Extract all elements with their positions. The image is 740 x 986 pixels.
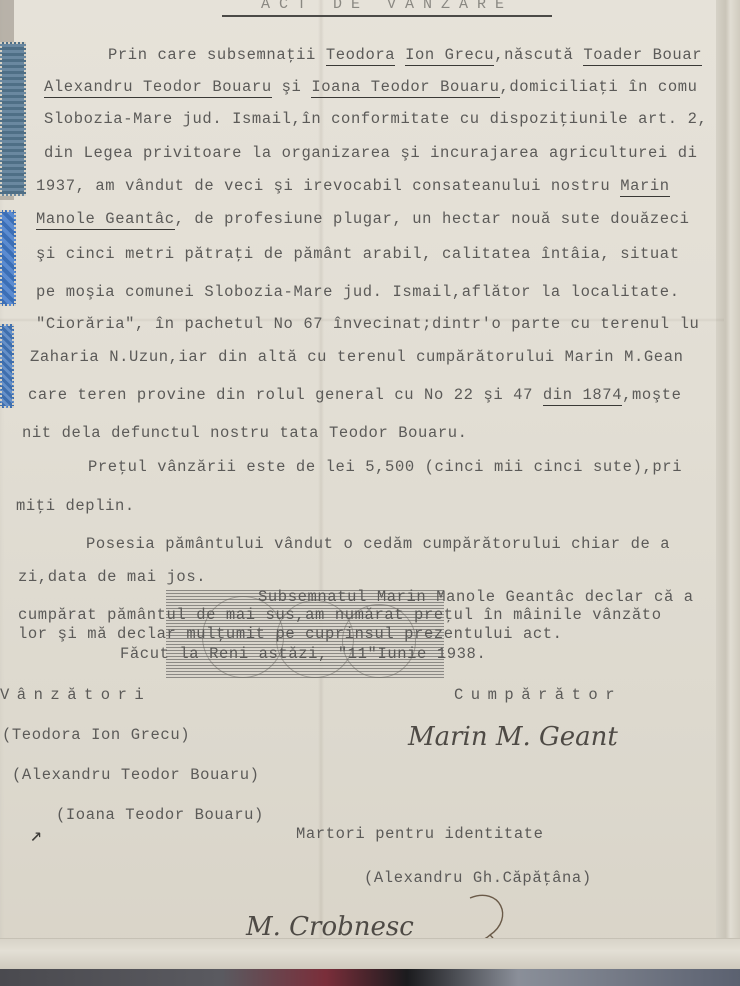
seller-name-1b: Ion Grecu (405, 46, 494, 66)
text: Prin care subsemnaţii (108, 46, 326, 64)
text-line-10: Zaharia N.Uzun,iar din altă cu terenul c… (30, 348, 684, 366)
text: şi (272, 78, 312, 96)
revenue-stamp-3 (0, 324, 14, 408)
text: ,domiciliaţi în comu (500, 78, 698, 96)
text: 1937, am vândut de veci şi irevocabil co… (36, 177, 620, 195)
text-line-7: şi cinci metri pătraţi de pământ arabil,… (36, 245, 680, 263)
seller-signature-3: (Ioana Teodor Bouaru) (56, 806, 264, 824)
text: care teren provine din rolul general cu … (28, 386, 543, 404)
text-line-3: Slobozia-Mare jud. Ismail,în conformitat… (44, 110, 707, 128)
text-line-2: Alexandru Teodor Bouaru şi Ioana Teodor … (44, 78, 698, 96)
buyer-name: Manole Geantâc (36, 210, 175, 230)
text-line-17: Subsemnatul Marin Manole Geantâc declar … (258, 588, 694, 606)
text-line-13: Preţul vânzării este de lei 5,500 (cinci… (88, 458, 682, 476)
sellers-heading: Vânzători (0, 686, 151, 704)
text-line-11: care teren provine din rolul general cu … (28, 386, 682, 404)
witness-name: (Alexandru Gh.Căpăţâna) (364, 869, 592, 887)
text-line-14: miţi deplin. (16, 497, 135, 515)
paper-edge (716, 0, 740, 968)
revenue-stamp-1 (0, 42, 26, 196)
seller-name-3: Ioana Teodor Bouaru (311, 78, 499, 98)
seller-signature-2: (Alexandru Teodor Bouaru) (12, 766, 260, 784)
born-name: Toader Bouar (583, 46, 702, 66)
background-surface (0, 968, 740, 986)
buyer-first-name: Marin (620, 177, 670, 197)
text-line-1: Prin care subsemnaţii Teodora Ion Grecu,… (108, 46, 702, 64)
text: ,născută (494, 46, 583, 64)
cross-mark-icon: ↗ (30, 822, 42, 848)
text: , de profesiune plugar, un hectar nouă s… (175, 210, 690, 228)
text-line-4: din Legea privitoare la organizarea şi i… (44, 144, 698, 162)
text-line-19: lor şi mă declar mulţumit pe cuprinsul p… (18, 625, 563, 643)
seller-name-2: Alexandru Teodor Bouaru (44, 78, 272, 98)
text-line-5: 1937, am vândut de veci şi irevocabil co… (36, 177, 670, 195)
seller-signature-1: (Teodora Ion Grecu) (2, 726, 190, 744)
buyer-handwritten-signature: Marin M. Geant (408, 722, 618, 752)
paper-bottom-edge (0, 938, 740, 969)
text-line-18: cumpărat pământul de mai sus,am numărat … (18, 606, 662, 624)
text-line-16: zi,data de mai jos. (18, 568, 206, 586)
text-line-12: nit dela defunctul nostru tata Teodor Bo… (22, 424, 468, 442)
buyer-heading: Cumpărător (454, 686, 622, 704)
text-line-20: Făcut la Reni astăzi, "11"Iunie 1938. (120, 645, 486, 663)
text-line-6: Manole Geantâc, de profesiune plugar, un… (36, 210, 690, 228)
year-underline: din 1874 (543, 386, 622, 406)
witness-heading: Martori pentru identitate (296, 825, 544, 843)
text-line-9: "Ciorăria", în pachetul No 67 învecinat;… (36, 315, 699, 333)
document-title: ACT DE VÂNZARE (222, 0, 552, 17)
revenue-stamp-2 (0, 210, 16, 306)
seller-name-1: Teodora (326, 46, 395, 66)
text: ,moşte (622, 386, 681, 404)
text-line-15: Posesia pământului vândut o cedăm cumpăr… (86, 535, 670, 553)
text-line-8: pe moşia comunei Slobozia-Mare jud. Isma… (36, 283, 680, 301)
